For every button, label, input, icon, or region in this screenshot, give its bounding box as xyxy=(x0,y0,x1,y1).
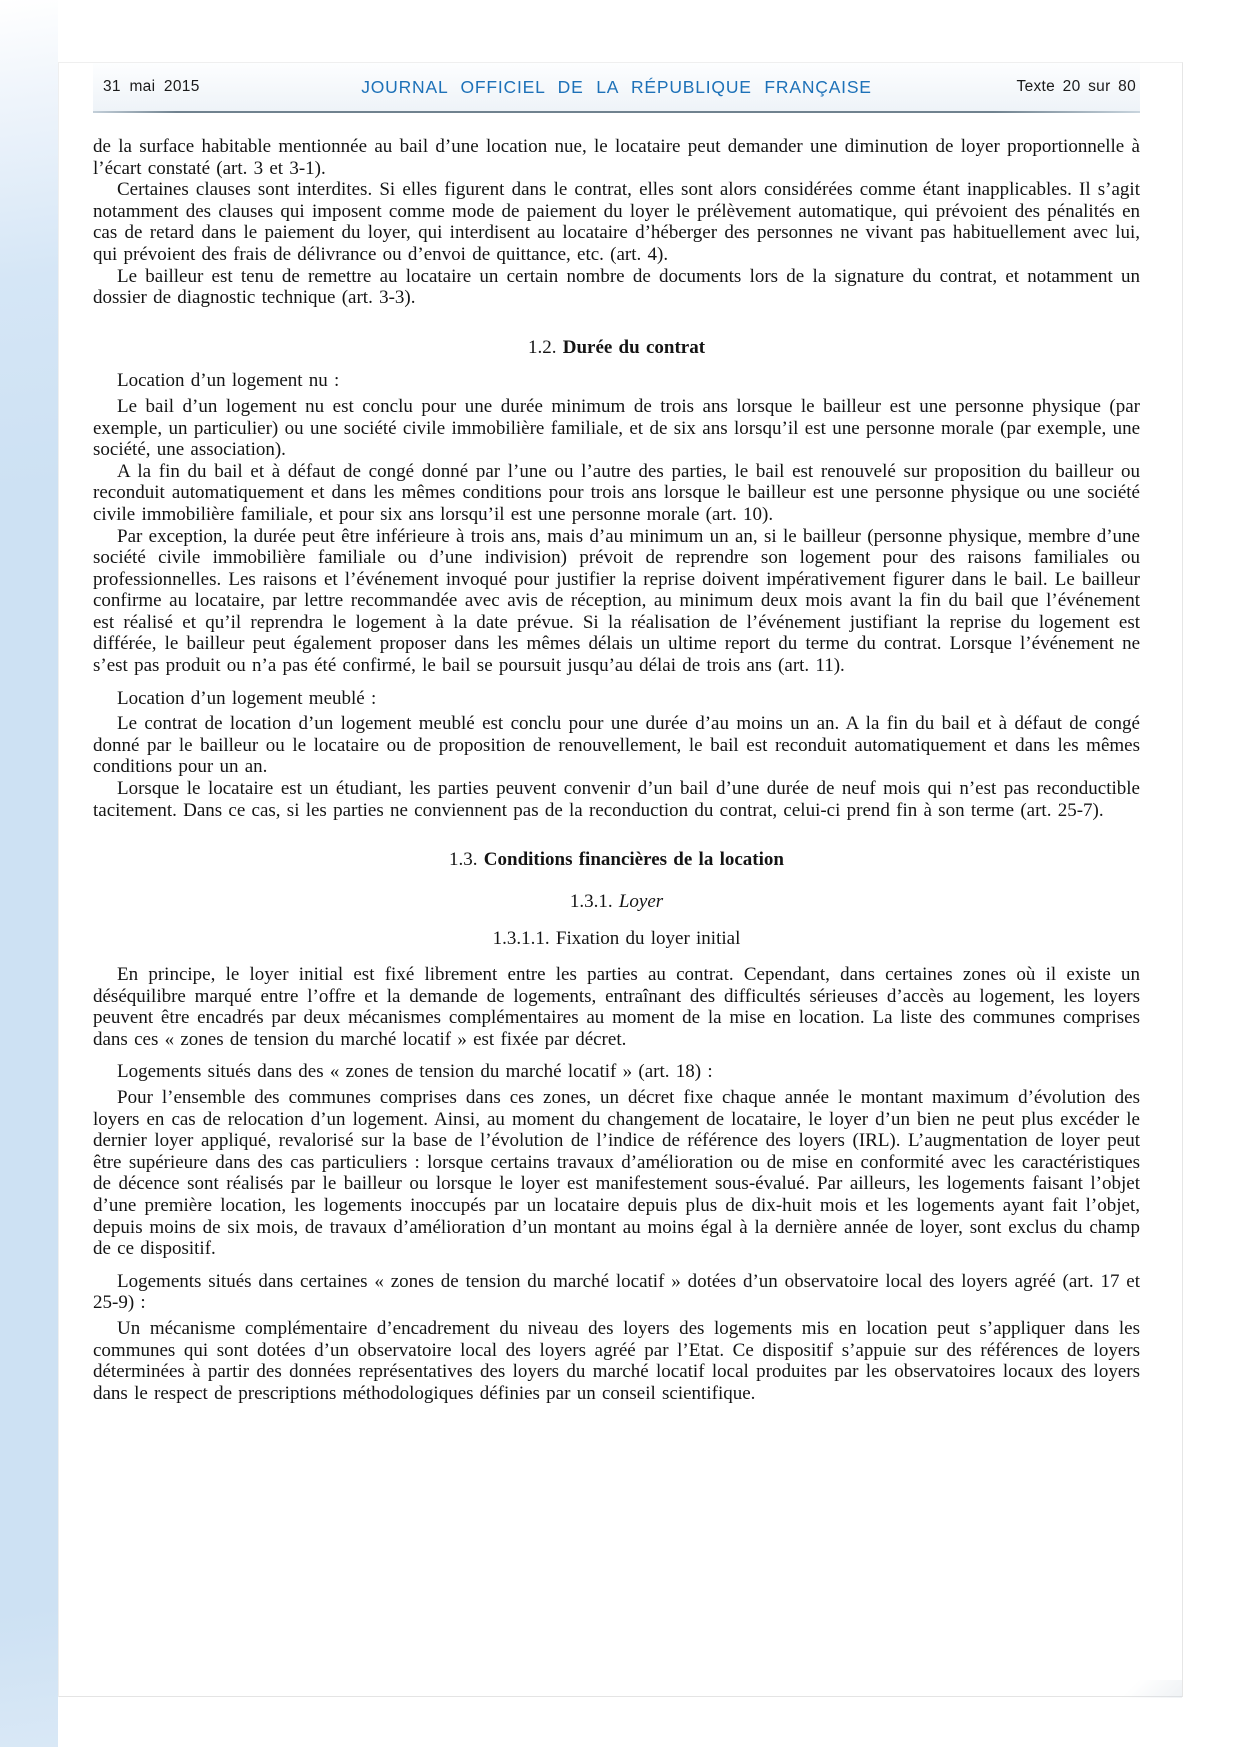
left-margin-strip xyxy=(0,0,58,1747)
heading-number: 1.3. xyxy=(449,849,478,870)
header-date: 31 mai 2015 xyxy=(93,78,200,96)
paragraph: Un mécanisme complémentaire d’encadremen… xyxy=(93,1318,1140,1404)
paragraph: Certaines clauses sont interdites. Si el… xyxy=(93,179,1140,265)
journal-title: JOURNAL OFFICIEL DE LA RÉPUBLIQUE FRANÇA… xyxy=(361,77,872,98)
page-header: 31 mai 2015 JOURNAL OFFICIEL DE LA RÉPUB… xyxy=(93,63,1140,111)
heading-title: Loyer xyxy=(619,891,663,912)
section-heading-loyer: 1.3.1. Loyer xyxy=(93,891,1140,913)
paragraph: Par exception, la durée peut être inféri… xyxy=(93,526,1140,677)
section-heading-duree-du-contrat: 1.2. Durée du contrat xyxy=(93,337,1140,359)
paragraph: Pour l’ensemble des communes comprises d… xyxy=(93,1087,1140,1260)
document-page: 31 mai 2015 JOURNAL OFFICIEL DE LA RÉPUB… xyxy=(58,62,1183,1697)
section-heading-fixation-loyer-initial: 1.3.1.1. Fixation du loyer initial xyxy=(93,928,1140,950)
paragraph: Le bailleur est tenu de remettre au loca… xyxy=(93,266,1140,309)
label-zones-tension-art18: Logements situés dans des « zones de ten… xyxy=(93,1061,1140,1083)
paragraph: de la surface habitable mentionnée au ba… xyxy=(93,136,1140,179)
paragraph: A la fin du bail et à défaut de congé do… xyxy=(93,461,1140,526)
heading-title: Durée du contrat xyxy=(563,337,705,358)
label-location-logement-meuble: Location d’un logement meublé : xyxy=(93,688,1140,710)
label-location-logement-nu: Location d’un logement nu : xyxy=(93,370,1140,392)
paragraph: Lorsque le locataire est un étudiant, le… xyxy=(93,778,1140,821)
paragraph: En principe, le loyer initial est fixé l… xyxy=(93,964,1140,1050)
label-zones-tension-observatoire: Logements situés dans certaines « zones … xyxy=(93,1271,1140,1314)
page-corner-shadow xyxy=(1098,1680,1182,1698)
section-heading-conditions-financieres: 1.3. Conditions financières de la locati… xyxy=(93,849,1140,871)
document-body: de la surface habitable mentionnée au ba… xyxy=(93,113,1140,1404)
heading-title: Conditions financières de la location xyxy=(484,849,784,870)
heading-number: 1.2. xyxy=(528,337,557,358)
header-text-ref: Texte 20 sur 80 xyxy=(1017,78,1140,96)
heading-title: Fixation du loyer initial xyxy=(556,928,740,949)
paragraph: Le bail d’un logement nu est conclu pour… xyxy=(93,396,1140,461)
heading-number: 1.3.1.1. xyxy=(493,928,550,949)
heading-number: 1.3.1. xyxy=(570,891,613,912)
paragraph: Le contrat de location d’un logement meu… xyxy=(93,713,1140,778)
